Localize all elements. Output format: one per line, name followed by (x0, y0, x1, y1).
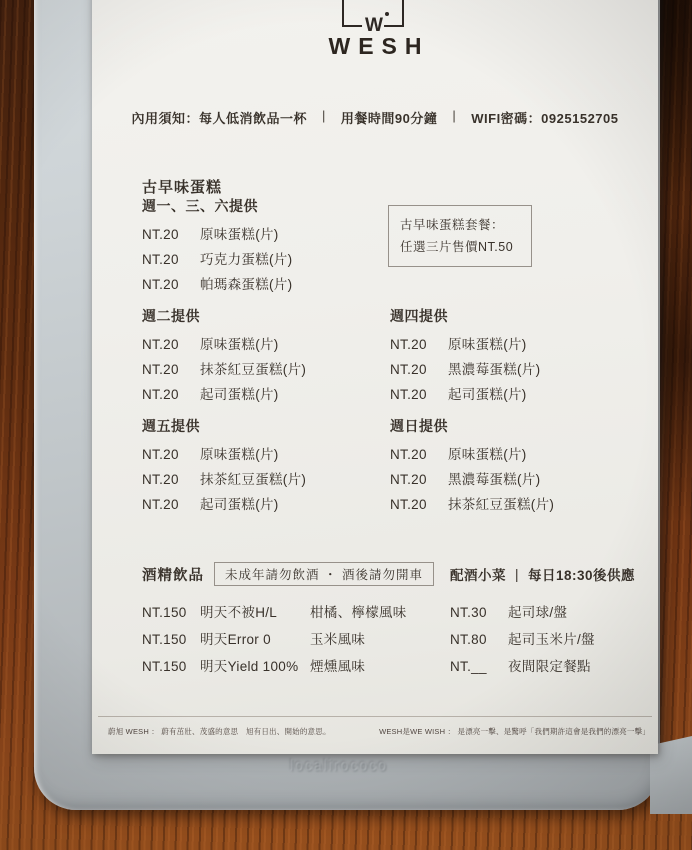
menu-item: NT.80起司玉米片/盤 (450, 626, 635, 653)
section-tuesday: 週二提供 NT.20原味蛋糕(片) NT.20抹茶紅豆蛋糕(片) NT.20起司… (142, 308, 306, 407)
item-name: 帕瑪森蛋糕(片) (200, 272, 292, 297)
footer-note: 蔚旭 WESH ： 蔚有茁壯、茂盛的意思 旭有日出、開始的意思。 WESH是WE… (108, 726, 650, 737)
item-price: NT.150 (142, 599, 200, 626)
item-price: NT.20 (142, 357, 200, 382)
day-header: 週二提供 (142, 308, 306, 324)
menu-item: NT.20巧克力蛋糕(片) (142, 247, 292, 272)
alcohol-header: 酒精飲品 未成年請勿飲酒 ・ 酒後請勿開車 (142, 563, 434, 585)
menu-item: NT.__夜間限定餐點 (450, 653, 635, 680)
clipboard-embossed-marking: localirococo (290, 756, 388, 774)
menu-item: NT.20起司蛋糕(片) (390, 382, 540, 407)
menu-item: NT.150明天Yield 100%煙燻風味 (142, 653, 434, 680)
item-name: 起司球/盤 (508, 599, 567, 626)
item-name: 起司蛋糕(片) (448, 382, 527, 407)
menu-item: NT.20起司蛋糕(片) (142, 492, 306, 517)
item-name: 巧克力蛋糕(片) (200, 247, 292, 272)
item-price: NT.__ (450, 653, 508, 680)
item-price: NT.20 (142, 442, 200, 467)
cake-combo-offer-box: 古早味蛋糕套餐： 任選三片售價NT.50 (388, 205, 532, 267)
item-name: 抹茶紅豆蛋糕(片) (448, 492, 554, 517)
item-name: 抹茶紅豆蛋糕(片) (200, 357, 306, 382)
item-price: NT.30 (450, 599, 508, 626)
item-price: NT.20 (390, 492, 448, 517)
item-flavor: 玉米風味 (310, 626, 365, 653)
menu-item: NT.20帕瑪森蛋糕(片) (142, 272, 292, 297)
menu-item: NT.20原味蛋糕(片) (142, 332, 306, 357)
item-price: NT.20 (390, 467, 448, 492)
menu-item: NT.20抹茶紅豆蛋糕(片) (142, 357, 306, 382)
section-alcohol: 酒精飲品 未成年請勿飲酒 ・ 酒後請勿開車 NT.150明天不被H/L柑橘、檸檬… (142, 563, 434, 680)
item-name: 黑濃莓蛋糕(片) (448, 357, 540, 382)
combo-line1: 古早味蛋糕套餐： (400, 214, 520, 236)
notice-min-charge: 內用須知：每人低消飲品一杯 (131, 108, 307, 127)
item-price: NT.20 (142, 467, 200, 492)
menu-item: NT.150明天不被H/L柑橘、檸檬風味 (142, 599, 434, 626)
item-price: NT.150 (142, 653, 200, 680)
menu-item: NT.20黑濃莓蛋糕(片) (390, 467, 554, 492)
menu-item: NT.20抹茶紅豆蛋糕(片) (390, 492, 554, 517)
alcohol-warning-box: 未成年請勿飲酒 ・ 酒後請勿開車 (214, 562, 434, 586)
separator: | (515, 567, 519, 582)
menu-item: NT.20原味蛋糕(片) (142, 442, 306, 467)
menu-item: NT.20黑濃莓蛋糕(片) (390, 357, 540, 382)
menu-page: W WESH 內用須知：每人低消飲品一杯 | 用餐時間90分鐘 | WIFI密碼… (92, 0, 658, 754)
menu-item: NT.20原味蛋糕(片) (390, 442, 554, 467)
item-name: 明天不被H/L (200, 599, 310, 626)
item-price: NT.20 (142, 332, 200, 357)
cake-section-title: 古早味蛋糕 (142, 176, 222, 197)
separator: | (452, 108, 456, 127)
wesh-logo-icon: W (342, 0, 404, 27)
menu-item: NT.20抹茶紅豆蛋糕(片) (142, 467, 306, 492)
combo-line2: 任選三片售價NT.50 (400, 236, 520, 258)
footer-wish-meaning: WESH是WE WISH ： 是漂亮一擊、是驚呼「我們期許這會是我們的漂亮一擊」 (379, 726, 650, 737)
item-price: NT.80 (450, 626, 508, 653)
separator: | (322, 108, 326, 127)
menu-item: NT.150明天Error 0玉米風味 (142, 626, 434, 653)
item-name: 黑濃莓蛋糕(片) (448, 467, 540, 492)
notice-wifi-password: WIFI密碼：0925152705 (471, 108, 618, 127)
dine-in-notice: 內用須知：每人低消飲品一杯 | 用餐時間90分鐘 | WIFI密碼：092515… (92, 108, 658, 127)
item-price: NT.20 (390, 332, 448, 357)
day-header: 週五提供 (142, 418, 306, 434)
footer-divider (98, 716, 652, 717)
day-header: 週一、三、六提供 (142, 198, 292, 214)
menu-item: NT.30起司球/盤 (450, 599, 635, 626)
section-mon-wed-sat: 週一、三、六提供 NT.20原味蛋糕(片) NT.20巧克力蛋糕(片) NT.2… (142, 198, 292, 297)
section-sunday: 週日提供 NT.20原味蛋糕(片) NT.20黑濃莓蛋糕(片) NT.20抹茶紅… (390, 418, 554, 517)
item-price: NT.20 (142, 222, 200, 247)
item-name: 明天Yield 100% (200, 653, 310, 680)
menu-item: NT.20起司蛋糕(片) (142, 382, 306, 407)
item-price: NT.20 (142, 382, 200, 407)
section-friday: 週五提供 NT.20原味蛋糕(片) NT.20抹茶紅豆蛋糕(片) NT.20起司… (142, 418, 306, 517)
item-name: 起司蛋糕(片) (200, 382, 279, 407)
item-name: 明天Error 0 (200, 626, 310, 653)
item-name: 夜間限定餐點 (508, 653, 591, 680)
alcohol-title: 酒精飲品 (142, 564, 204, 585)
item-price: NT.20 (142, 492, 200, 517)
item-name: 起司蛋糕(片) (200, 492, 279, 517)
menu-item: NT.20原味蛋糕(片) (390, 332, 540, 357)
item-name: 抹茶紅豆蛋糕(片) (200, 467, 306, 492)
item-name: 原味蛋糕(片) (448, 442, 527, 467)
section-side-dishes: 配酒小菜 | 每日18:30後供應 NT.30起司球/盤 NT.80起司玉米片/… (450, 563, 635, 680)
notice-time-limit: 用餐時間90分鐘 (341, 108, 437, 127)
day-header: 週日提供 (390, 418, 554, 434)
item-name: 原味蛋糕(片) (200, 332, 279, 357)
item-price: NT.20 (142, 272, 200, 297)
item-name: 原味蛋糕(片) (448, 332, 527, 357)
brand-name: WESH (92, 33, 658, 60)
sides-title: 配酒小菜 (450, 564, 506, 584)
logo-dot-icon (385, 12, 389, 16)
item-name: 原味蛋糕(片) (200, 222, 279, 247)
item-flavor: 煙燻風味 (310, 653, 365, 680)
item-price: NT.20 (390, 357, 448, 382)
section-thursday: 週四提供 NT.20原味蛋糕(片) NT.20黑濃莓蛋糕(片) NT.20起司蛋… (390, 308, 540, 407)
item-price: NT.20 (390, 382, 448, 407)
sides-availability: 每日18:30後供應 (528, 564, 635, 584)
item-price: NT.20 (390, 442, 448, 467)
item-price: NT.150 (142, 626, 200, 653)
item-price: NT.20 (142, 247, 200, 272)
item-flavor: 柑橘、檸檬風味 (310, 599, 407, 626)
day-header: 週四提供 (390, 308, 540, 324)
sides-header: 配酒小菜 | 每日18:30後供應 (450, 563, 635, 585)
menu-item: NT.20原味蛋糕(片) (142, 222, 292, 247)
item-name: 起司玉米片/盤 (508, 626, 595, 653)
footer-brand-meaning: 蔚旭 WESH ： 蔚有茁壯、茂盛的意思 旭有日出、開始的意思。 (108, 726, 331, 737)
item-name: 原味蛋糕(片) (200, 442, 279, 467)
